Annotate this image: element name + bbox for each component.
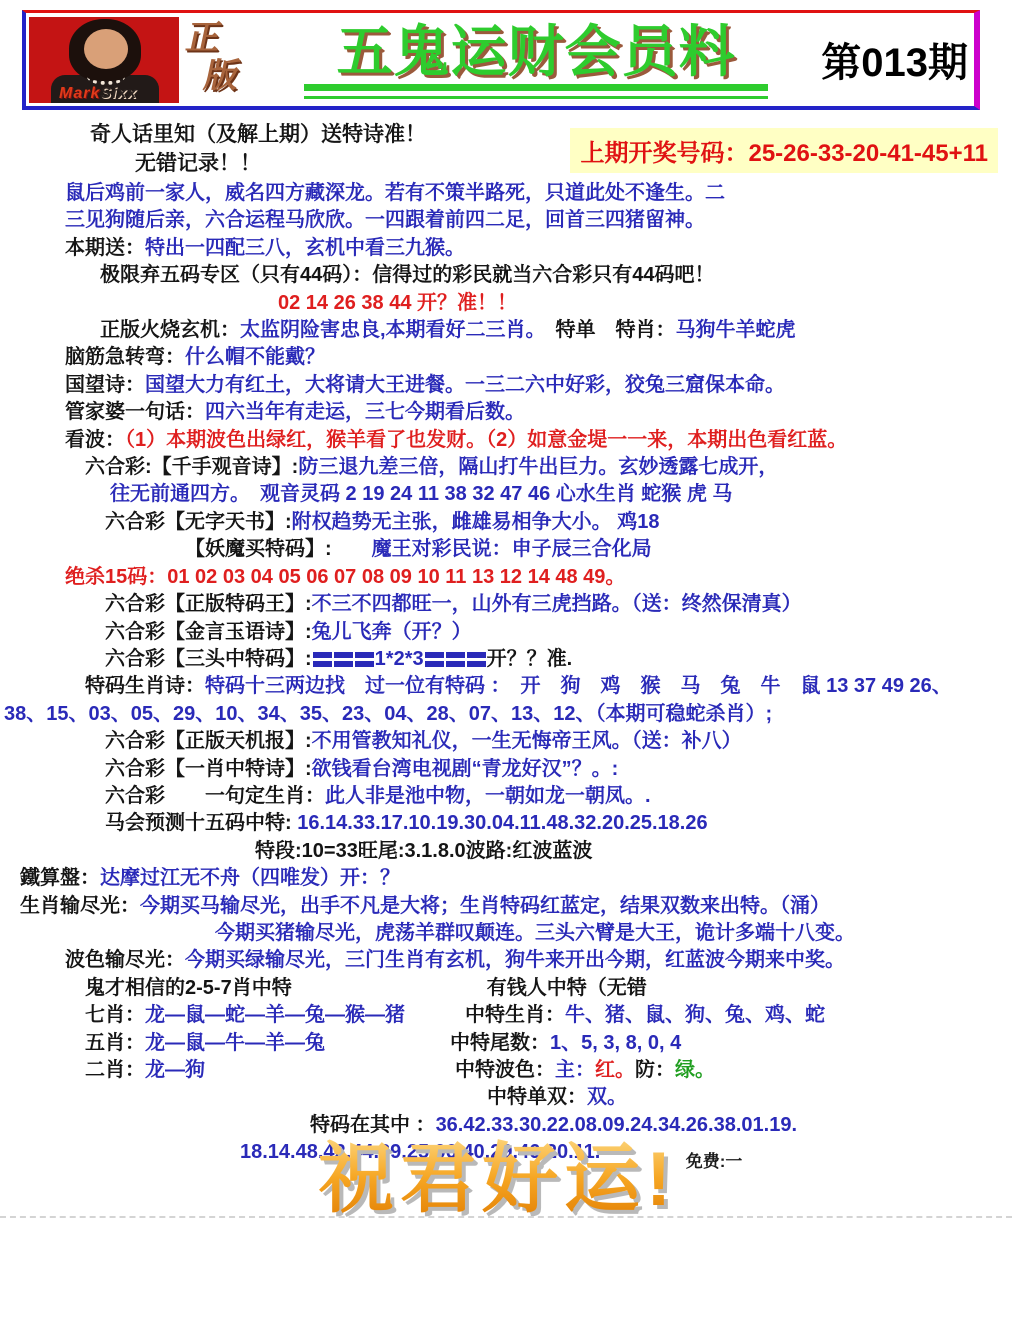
text-segment: 防三退九差三倍，隔山打牛出巨力。玄妙透露七成开， xyxy=(298,456,778,478)
text-segment: 六合彩【正版天机报】: xyxy=(105,730,312,752)
text-segment: 六合彩【正版特码王】: xyxy=(105,593,312,615)
text-line: 六合彩【三头中特码】:1*2*3开？？准. xyxy=(0,646,1012,673)
text-segment: 今期买猪输尽光，虎荡羊群叹颠连。三头六臂是大王，诡计多端十八变。 xyxy=(215,922,855,944)
text-segment: 中特生肖： xyxy=(465,1004,565,1026)
host-photo: MarkSixx xyxy=(29,17,179,103)
text-line: 看波：（1）本期波色出绿红，猴羊看了也发财。（2）如意金堤一一来，本期出色看红蓝… xyxy=(0,427,1012,454)
text-segment: 马会预测十五码中特: xyxy=(105,812,297,834)
text-segment: 特单 特肖： xyxy=(536,319,676,341)
text-segment: （1）本期波色出绿红，猴羊看了也发财。（2）如意金堤一一来，本期出色看红蓝。 xyxy=(125,429,847,451)
text-line: 七肖：龙—鼠—蛇—羊—兔—猴—猪中特生肖：牛、猪、鼠、狗、兔、鸡、蛇 xyxy=(0,1002,1012,1029)
censored-block-icon xyxy=(313,652,332,667)
text-segment: 五肖： xyxy=(85,1032,145,1054)
text-segment: 本期送： xyxy=(65,237,145,259)
page-title: 五鬼运财会员料 xyxy=(253,23,819,81)
text-segment: 特码生肖诗： xyxy=(85,675,205,697)
photo-caption: MarkSixx xyxy=(59,85,137,103)
text-segment: 附权趋势无主张，雌雄易相争大小。 鸡18 xyxy=(292,511,660,533)
text-segment: 二肖： xyxy=(85,1059,145,1081)
text-line: 今期买猪输尽光，虎荡羊群叹颠连。三头六臂是大王，诡计多端十八变。 xyxy=(0,920,1012,947)
text-segment: 龙—鼠—牛—羊—兔 xyxy=(145,1032,325,1054)
text-segment: 三见狗随后亲，六合运程马欣欣。一四跟着前四二足，回首三四猪留神。 xyxy=(65,209,705,231)
text-line: 极限弃五码专区（只有44码）：信得过的彩民就当六合彩只有44码吧！ xyxy=(0,262,1012,289)
text-segment: 六合彩:【千手观音诗】: xyxy=(85,456,298,478)
text-segment: 开？？准. xyxy=(487,648,573,670)
last-draw-numbers: 上期开奖号码：25-26-33-20-41-45+11 xyxy=(570,128,998,173)
text-line: 六合彩【无字天书】:附权趋势无主张，雌雄易相争大小。 鸡18 xyxy=(0,509,1012,536)
text-segment: 什么帽不能戴？ xyxy=(185,346,325,368)
intro-line-2: 无错记录！！ xyxy=(0,149,426,178)
text-segment: 往无前通四方。 观音灵码 2 19 24 11 38 32 47 46 心水生肖… xyxy=(110,483,732,505)
text-segment: 极限弃五码专区（只有44码）：信得过的彩民就当六合彩只有44码吧！ xyxy=(100,264,715,286)
text-segment: 六合彩【一肖中特诗】: xyxy=(105,758,312,780)
text-segment: 魔王对彩民说：申子辰三合化局 xyxy=(332,538,652,560)
text-segment: 有钱人中特（无错 xyxy=(487,977,647,999)
text-segment: 02 14 26 38 44 开？准！！ xyxy=(278,292,517,314)
text-segment: 牛、猪、鼠、狗、兔、鸡、蛇 xyxy=(565,1004,825,1026)
column-gap xyxy=(292,993,487,994)
censored-block-icon xyxy=(446,652,465,667)
text-segment: 龙—狗 xyxy=(145,1059,205,1081)
text-line: 管家婆一句话：四六当年有走运，三七今期看后数。 xyxy=(0,399,1012,426)
text-segment: 脑筋急转弯： xyxy=(65,346,185,368)
intro-text: 奇人话里知（及解上期）送特诗准！ 无错记录！！ xyxy=(0,120,426,178)
text-segment: 不用管教知礼仪，一生无悔帝王风。（送：补八） xyxy=(312,730,742,752)
text-line: 六合彩【金言玉语诗】:兔儿飞奔（开？） xyxy=(0,619,1012,646)
text-segment: 正版火烧玄机： xyxy=(100,319,240,341)
text-segment: 欲钱看台湾电视剧“青龙好汉”？。: xyxy=(312,758,619,780)
text-segment: 特出一四配三八，玄机中看三九猴。 xyxy=(145,237,465,259)
text-segment: 中特尾数： xyxy=(450,1032,550,1054)
edition-label: 正 版 xyxy=(179,15,253,105)
text-segment: 特码十三两边找 过一位有特码 ： 开 狗 鸡 猴 马 兔 牛 鼠 13 37 4… xyxy=(205,675,952,697)
text-segment: 波色输尽光： xyxy=(65,949,185,971)
text-segment: 鼠后鸡前一家人，威名四方藏深龙。若有不策半路死，只道此处不逢生。二 xyxy=(65,182,725,204)
text-line: 六合彩 一句定生肖：此人非是池中物，一朝如龙一朝凤。. xyxy=(0,783,1012,810)
text-segment: 1、5, 3, 8, 0, 4 xyxy=(550,1032,681,1054)
text-line: 马会预测十五码中特: 16.14.33.17.10.19.30.04.11.48… xyxy=(0,810,1012,837)
header: MarkSixx 正 版 五鬼运财会员料 第013期 xyxy=(22,10,980,110)
issue-number: 第013期 xyxy=(819,31,974,88)
flyer-page: MarkSixx 正 版 五鬼运财会员料 第013期 奇人话里知（及解上期）送特… xyxy=(0,0,1012,1321)
text-line: 生肖输尽光：今期买马输尽光，出手不凡是大将；生肖特码红蓝定，结果双数来出特。（涌… xyxy=(0,893,1012,920)
text-line: 鼠后鸡前一家人，威名四方藏深龙。若有不策半路死，只道此处不逢生。二 xyxy=(0,180,1012,207)
text-line: 六合彩【正版特码王】:不三不四都旺一，山外有三虎挡路。（送：终然保清真） xyxy=(0,591,1012,618)
text-line: 三见狗随后亲，六合运程马欣欣。一四跟着前四二足，回首三四猪留神。 xyxy=(0,207,1012,234)
text-segment: 主： xyxy=(555,1059,595,1081)
text-line: 六合彩【正版天机报】:不用管教知礼仪，一生无悔帝王风。（送：补八） xyxy=(0,728,1012,755)
column-gap xyxy=(205,1075,455,1076)
text-segment: 六合彩【无字天书】: xyxy=(105,511,292,533)
text-line: 波色输尽光：今期买绿输尽光，三门生肖有玄机，狗牛来开出今期，红蓝波今期来中奖。 xyxy=(0,947,1012,974)
text-segment: 四六当年有走运，三七今期看后数。 xyxy=(205,401,525,423)
text-segment: 1*2*3 xyxy=(375,648,424,670)
text-line: 往无前通四方。 观音灵码 2 19 24 11 38 32 47 46 心水生肖… xyxy=(0,481,1012,508)
text-segment: 防： xyxy=(635,1059,675,1081)
footer: 祝君好运! 免费:一 xyxy=(0,1118,1012,1227)
text-line: 绝杀15码：01 02 03 04 05 06 07 08 09 10 11 1… xyxy=(0,564,1012,591)
text-segment: 生肖输尽光： xyxy=(20,895,140,917)
text-line: 六合彩:【千手观音诗】:防三退九差三倍，隔山打牛出巨力。玄妙透露七成开， xyxy=(0,454,1012,481)
intro-line-1: 奇人话里知（及解上期）送特诗准！ xyxy=(0,120,426,149)
photo-caption-mark: Mark xyxy=(59,85,100,102)
text-segment: 今期买马输尽光，出手不凡是大将；生肖特码红蓝定，结果双数来出特。（涌） xyxy=(140,895,830,917)
text-segment: 六合彩【金言玉语诗】: xyxy=(105,621,312,643)
text-segment: 六合彩 一句定生肖： xyxy=(105,785,325,807)
text-segment: 中特单双： xyxy=(487,1086,587,1108)
censored-block-icon xyxy=(334,652,353,667)
censored-block-icon xyxy=(355,652,374,667)
text-segment: 鐵算盤： xyxy=(20,867,100,889)
text-line: 02 14 26 38 44 开？准！！ xyxy=(0,290,1012,317)
title-box: 五鬼运财会员料 xyxy=(253,21,819,99)
text-segment: 龙—鼠—蛇—羊—兔—猴—猪 xyxy=(145,1004,405,1026)
title-underline xyxy=(304,84,768,99)
text-segment: 红。 xyxy=(595,1059,635,1081)
text-segment: 【妖魔买特码】: xyxy=(185,538,332,560)
good-luck-wish: 祝君好运! xyxy=(0,1118,677,1227)
text-segment: 今期买绿输尽光，三门生肖有玄机，狗牛来开出今期，红蓝波今期来中奖。 xyxy=(185,949,845,971)
text-segment: 鬼才相信的2-5-7肖中特 xyxy=(85,977,292,999)
text-segment: 管家婆一句话： xyxy=(65,401,205,423)
photo-necklace-shape xyxy=(87,69,125,85)
text-segment: 中特波色： xyxy=(455,1059,555,1081)
text-segment: 绝杀15码：01 02 03 04 05 06 07 08 09 10 11 1… xyxy=(65,566,625,588)
text-line: 中特单双：双。 xyxy=(0,1084,1012,1111)
column-gap xyxy=(405,1020,465,1021)
text-line: 特段:10=33旺尾:3.1.8.0波路:红波蓝波 xyxy=(0,838,1012,865)
text-line: 鬼才相信的2-5-7肖中特有钱人中特（无错 xyxy=(0,975,1012,1002)
text-segment: 双。 xyxy=(587,1086,627,1108)
text-line: 特码生肖诗：特码十三两边找 过一位有特码 ： 开 狗 鸡 猴 马 兔 牛 鼠 1… xyxy=(0,673,1012,700)
text-line: 本期送：特出一四配三八，玄机中看三九猴。 xyxy=(0,235,1012,262)
content-lines: 鼠后鸡前一家人，威名四方藏深龙。若有不策半路死，只道此处不逢生。二三见狗随后亲，… xyxy=(0,180,1012,1167)
text-segment: 此人非是池中物，一朝如龙一朝凤。. xyxy=(325,785,651,807)
text-segment: 六合彩【三头中特码】: xyxy=(105,648,312,670)
text-line: 正版火烧玄机：太监阴险害忠良,本期看好二三肖。 特单 特肖：马狗牛羊蛇虎 xyxy=(0,317,1012,344)
text-segment: 绿。 xyxy=(675,1059,715,1081)
text-line: 六合彩【一肖中特诗】:欲钱看台湾电视剧“青龙好汉”？。: xyxy=(0,756,1012,783)
column-gap xyxy=(325,1048,450,1049)
censored-block-icon xyxy=(467,652,486,667)
text-segment: 看波： xyxy=(65,429,125,451)
text-segment: 国望大力有红土，大将请大王进餐。一三二六中好彩，狡兔三窟保本命。 xyxy=(145,374,785,396)
edition-char-2: 版 xyxy=(201,59,242,93)
text-segment: 达摩过江无不舟（四唯发）开：？ xyxy=(100,867,400,889)
text-line: 38、15、03、05、29、10、34、35、23、04、28、07、13、1… xyxy=(0,701,1012,728)
text-segment: 七肖： xyxy=(85,1004,145,1026)
text-line: 脑筋急转弯：什么帽不能戴？ xyxy=(0,344,1012,371)
text-segment: 太监阴险害忠良,本期看好二三肖。 xyxy=(240,319,536,341)
text-line: 二肖：龙—狗中特波色：主：红。防：绿。 xyxy=(0,1057,1012,1084)
text-line: 【妖魔买特码】: 魔王对彩民说：申子辰三合化局 xyxy=(0,536,1012,563)
text-segment: 兔儿飞奔（开？） xyxy=(312,621,472,643)
text-segment: 不三不四都旺一，山外有三虎挡路。（送：终然保清真） xyxy=(312,593,802,615)
edition-char-1: 正 xyxy=(183,21,224,55)
bottom-divider xyxy=(0,1216,1012,1218)
text-segment: 马狗牛羊蛇虎 xyxy=(676,319,796,341)
text-line: 鐵算盤：达摩过江无不舟（四唯发）开：？ xyxy=(0,865,1012,892)
free-note: 免费:一 xyxy=(686,1147,743,1172)
photo-face-shape xyxy=(84,29,128,69)
text-segment: 16.14.33.17.10.19.30.04.11.48.32.20.25.1… xyxy=(297,812,707,834)
censored-block-icon xyxy=(425,652,444,667)
photo-caption-sixx: Sixx xyxy=(100,85,137,102)
text-segment: 38、15、03、05、29、10、34、35、23、04、28、07、13、1… xyxy=(4,703,772,725)
text-line: 国望诗：国望大力有红土，大将请大王进餐。一三二六中好彩，狡兔三窟保本命。 xyxy=(0,372,1012,399)
text-line: 五肖：龙—鼠—牛—羊—兔中特尾数：1、5, 3, 8, 0, 4 xyxy=(0,1030,1012,1057)
text-segment: 国望诗： xyxy=(65,374,145,396)
text-segment: 特段:10=33旺尾:3.1.8.0波路:红波蓝波 xyxy=(255,840,592,862)
